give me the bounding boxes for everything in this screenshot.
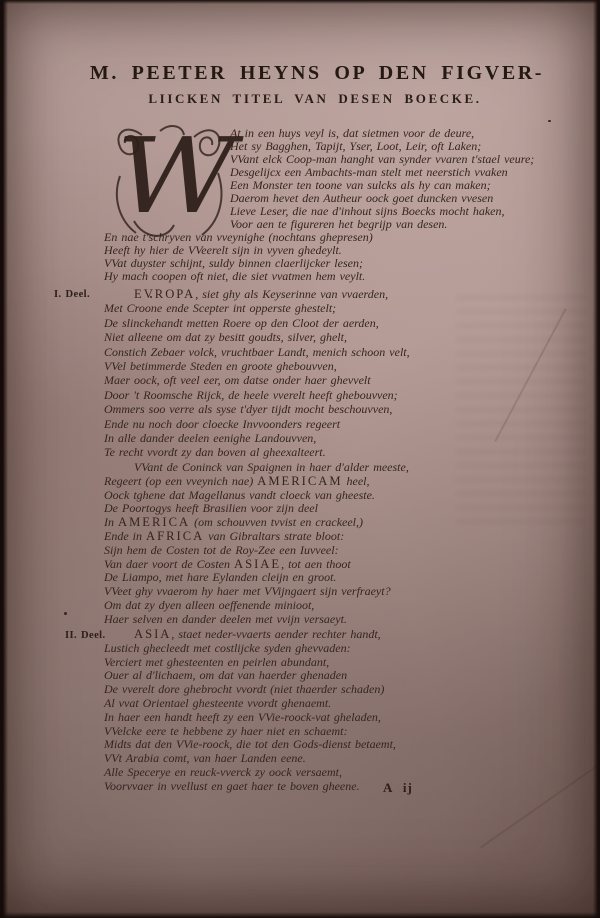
poem-line: De Liampo, met hare Eylanden cleijn en g…	[104, 571, 409, 585]
ink-speck	[64, 612, 67, 615]
poem-line: In alle dander deelen eenighe Landouvven…	[104, 431, 410, 445]
signature-mark: A ij	[383, 780, 413, 796]
verso-show-through	[456, 295, 586, 525]
drop-cap-letter: W	[116, 117, 236, 235]
poem-stanza-coninck: VVant de Coninck van Spaignen in haer d'…	[104, 461, 409, 627]
poem-line: Te recht vvordt zy dan boven al gheexalt…	[104, 445, 410, 459]
ink-speck	[548, 120, 551, 122]
poem-stanza-europa: I. Deel. EVROPA, siet ghy als Keyserinne…	[104, 287, 410, 460]
poem-line: Lustich ghecleedt met costlijcke syden g…	[104, 642, 396, 656]
poem-line: In haer een handt heeft zy een VVie-rooc…	[104, 711, 396, 725]
scanned-book-page-photo: M. PEETER HEYNS OP DEN FIGVER- LIICKEN T…	[0, 0, 600, 918]
paper-crease	[480, 737, 600, 848]
poem-line: Met Croone ende Scepter int opperste ghe…	[104, 301, 410, 315]
poem-line: In AMERICA (om schouvven tvvist en crack…	[104, 516, 409, 530]
poem-line: De Poortogys heeft Brasilien voor zijn d…	[104, 502, 409, 516]
poem-stanza-asia: II. Deel. ASIA, staet neder-vvaerts aend…	[104, 628, 396, 794]
poem-line: Ommers soo verre als syse t'dyer tijdt m…	[104, 402, 410, 416]
drop-cap-initial: W	[112, 121, 228, 243]
poem-line: Haer selven en dander deelen met vvijn v…	[104, 613, 409, 627]
poem-line: ASIA, staet neder-vvaerts aender rechter…	[104, 628, 396, 642]
poem-line: De vverelt dore ghebrocht vvordt (niet t…	[104, 683, 396, 697]
poem-line: Al vvat Orientael ghesteente vvordt ghen…	[104, 697, 396, 711]
margin-label-deel-2: II. Deel.	[65, 629, 105, 643]
poem-line: Oock tghene dat Magellanus vandt cloeck …	[104, 489, 409, 503]
poem-line: EVROPA, siet ghy als Keyserinne van vvae…	[104, 287, 410, 301]
page-left-edge-shadow	[0, 0, 8, 918]
stanza-lines: EVROPA, siet ghy als Keyserinne van vvae…	[104, 287, 410, 460]
poem-line: Regeert (op een vveynich nae) AMERICAM h…	[104, 475, 409, 489]
poem-line: De slinckehandt metten Roere op den Cloo…	[104, 316, 410, 330]
stanza-lines: ASIA, staet neder-vvaerts aender rechter…	[104, 628, 396, 794]
poem-line: Ouer al d'lichaem, om dat van haerder gh…	[104, 669, 396, 683]
poem-line: Hy mach coopen oft niet, die siet vvatme…	[104, 270, 534, 283]
page-title-line-1: M. PEETER HEYNS OP DEN FIGVER-	[0, 62, 600, 85]
page-title-line-2: LIICKEN TITEL VAN DESEN BOECKE.	[0, 91, 600, 107]
poem-line: Van daer voort de Costen ASIAE, tot aen …	[104, 558, 409, 572]
page-top-edge-shadow	[0, 0, 600, 4]
poem-line: Constich Zebaer volck, vruchtbaer Landt,…	[104, 345, 410, 359]
poem-line: VVant de Coninck van Spaignen in haer d'…	[104, 461, 409, 475]
page-bottom-edge-shadow	[0, 912, 600, 918]
poem-line: Door 't Roomsche Rijck, de heele vverelt…	[104, 388, 410, 402]
paper-crease	[494, 308, 567, 442]
poem-line: VVt Arabia comt, van haer Landen eene.	[104, 752, 396, 766]
poem-line: VVelcke eere te hebbene zy haer niet en …	[104, 725, 396, 739]
poem-line: Ende nu noch door cloecke Invvoonders re…	[104, 417, 410, 431]
poem-line: Maer oock, oft veel eer, om datse onder …	[104, 373, 410, 387]
poem-line: Voorvvaer in vvellust en gaet haer te bo…	[104, 780, 396, 794]
poem-line: Alle Specerye en reuck-vverck zy oock ve…	[104, 766, 396, 780]
poem-line: Niet alleene om dat zy besitt goudts, si…	[104, 330, 410, 344]
poem-line: VVel betimmerde Steden en groote ghebouv…	[104, 359, 410, 373]
margin-label-deel-1: I. Deel.	[54, 288, 90, 302]
poem-line: Om dat zy dyen alleen oeffenende minioot…	[104, 599, 409, 613]
poem-line: Ende in AFRICA van Gibraltars strate blo…	[104, 530, 409, 544]
poem-line: Verciert met ghesteenten en peirlen abun…	[104, 656, 396, 670]
stanza-lines: VVant de Coninck van Spaignen in haer d'…	[104, 461, 409, 627]
poem-line: VVeet ghy vvaerom hy haer met VVijngaert…	[104, 585, 409, 599]
poem-line: Midts dat den VVie-roock, die tot den Go…	[104, 738, 396, 752]
poem-line: Sijn hem de Costen tot de Roy-Zee een Iu…	[104, 544, 409, 558]
poem-opening-stanza: W At in een huys veyl is, dat sietmen vo…	[104, 127, 534, 283]
page-right-edge-shadow	[593, 0, 600, 918]
paper-page: M. PEETER HEYNS OP DEN FIGVER- LIICKEN T…	[0, 0, 600, 918]
